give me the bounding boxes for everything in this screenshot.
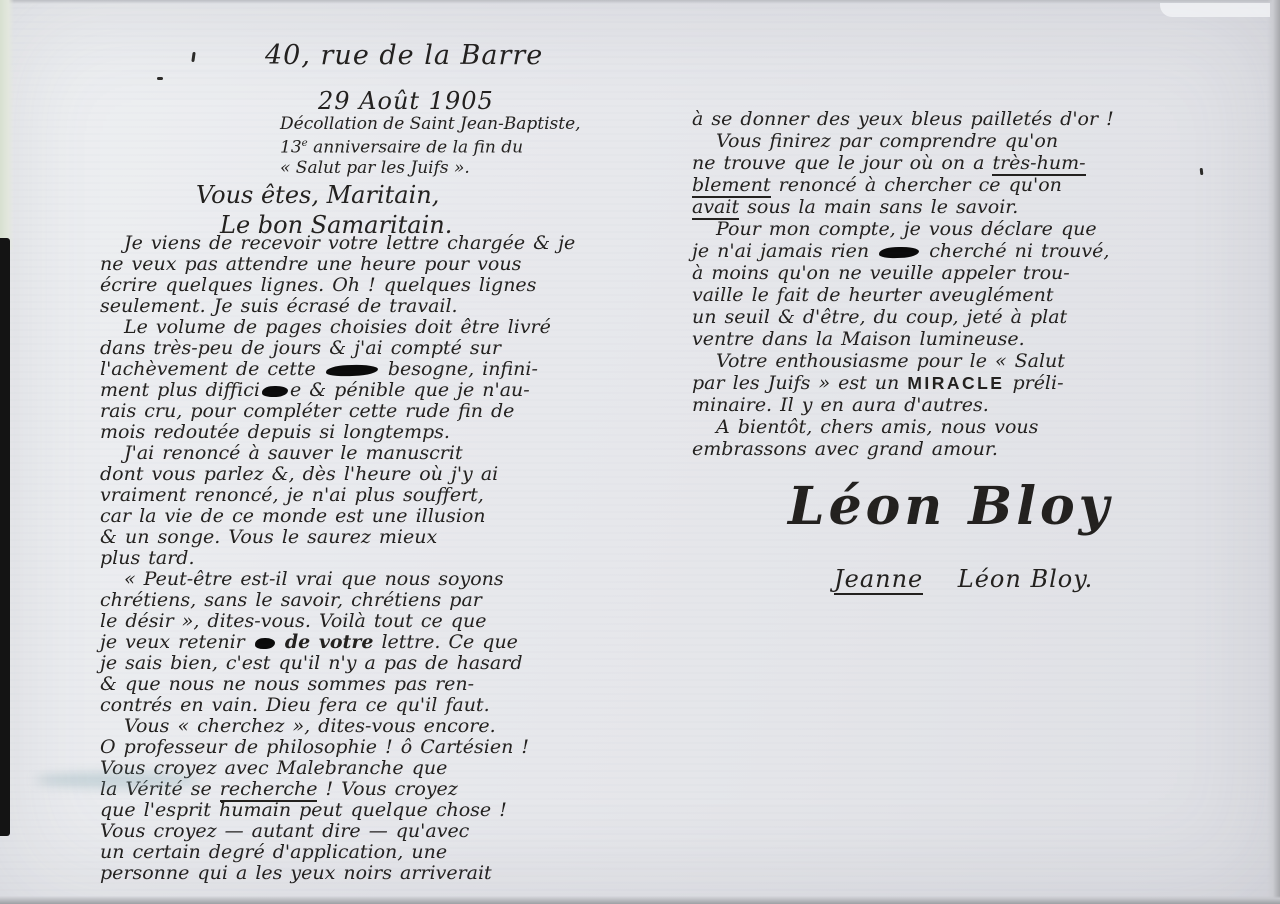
text-segment: écrire quelques lignes. Oh ! quelques li… [100,274,536,296]
right-column: à se donner des yeux bleus pailletés d'o… [692,108,1252,593]
text-segment: par les Juifs » est un [692,372,907,394]
text-segment: de votre [285,631,374,653]
letter-line: car la vie de ce monde est une illusion [100,506,575,527]
letter-line: par les Juifs » est un MIRACLE préli- [692,372,1252,394]
text-segment: chrétiens, sans le savoir, chrétiens par [100,589,482,611]
text-segment: rais cru, pour compléter cette rude fin … [100,400,514,422]
letter-line: ne veux pas attendre une heure pour vous [100,254,575,275]
text-segment: personne qui a les yeux noirs arriverait [100,862,492,884]
text-segment: contrés en vain. Dieu fera ce qu'il faut… [100,694,490,716]
text-segment: A bientôt, chers amis, nous vous [716,416,1038,438]
letter-line: je sais bien, c'est qu'il n'y a pas de h… [100,653,575,674]
letter-line: Jeanne Léon Bloy. [834,565,1252,593]
letter-line: dont vous parlez &, dès l'heure où j'y a… [100,464,575,485]
text-segment: dont vous parlez &, dès l'heure où j'y a… [100,463,498,485]
ink-blot [255,638,275,650]
letter-line: je n'ai jamais rien cherché ni trouvé, [692,240,1252,262]
text-segment: 13 [280,138,302,158]
text-segment: préli- [1004,372,1063,394]
letter-line: Pour mon compte, je vous déclare que [692,218,1252,240]
address-line: 40, rue de la Barre [265,40,543,71]
text-segment: dans très-peu de jours & j'ai compté sur [100,337,501,359]
text-segment: Vous croyez — autant dire — qu'avec [100,820,469,842]
text-segment: « Salut par les Juifs ». [280,158,470,178]
text-segment: ne veux pas attendre une heure pour vous [100,253,521,275]
text-segment: je n'ai jamais rien [692,240,877,262]
text-segment: plus tard. [100,547,195,569]
letter-line: J'ai renoncé à sauver le manuscrit [100,443,575,464]
letter-line: chrétiens, sans le savoir, chrétiens par [100,590,575,611]
letter-line: seulement. Je suis écrasé de travail. [100,296,575,317]
letter-line: A bientôt, chers amis, nous vous [692,416,1252,438]
text-segment: je veux retenir [100,631,253,653]
letter-line: contrés en vain. Dieu fera ce qu'il faut… [100,695,575,716]
text-segment: car la vie de ce monde est une illusion [100,505,486,527]
text-segment: Le volume de pages choisies doit être li… [124,316,551,338]
letter-line: ment plus difficie & pénible que je n'au… [100,380,575,401]
letter-line: vraiment renoncé, je n'ai plus souffert, [100,485,575,506]
signature-jeanne-leon-bloy: Jeanne Léon Bloy. [834,565,1252,593]
right-body-text: à se donner des yeux bleus pailletés d'o… [692,108,1252,460]
letter-line: Vous croyez — autant dire — qu'avec [100,821,575,842]
letter-line: à moins qu'on ne veuille appeler trou- [692,262,1252,284]
letter-line: l'achèvement de cette besogne, infini- [100,359,575,380]
letter-line: & que nous ne nous sommes pas ren- [100,674,575,695]
letter-line: dans très-peu de jours & j'ai compté sur [100,338,575,359]
text-segment: ne trouve que le jour où on a [692,152,992,174]
text-segment: « Peut-être est-il vrai que nous soyons [124,568,504,590]
letter-scan: 40, rue de la Barre 29 Août 1905 Décolla… [0,0,1280,904]
ink-blot [262,386,288,398]
text-segment [923,565,958,593]
letter-line: mois redoutée depuis si longtemps. [100,422,575,443]
letter-line: Votre enthousiasme pour le « Salut [692,350,1252,372]
letter-line: ne trouve que le jour où on a très-hum- [692,152,1252,174]
text-segment: Pour mon compte, je vous déclare que [716,218,1097,240]
text-segment: Jeanne [834,565,923,595]
scan-edge-bottom [0,896,1280,904]
letter-line: blement renoncé à chercher ce qu'on [692,174,1252,196]
text-segment: seulement. Je suis écrasé de travail. [100,295,458,317]
ink-speck [191,52,195,62]
text-segment: O professeur de philosophie ! ô Cartésie… [100,736,529,758]
text-segment: vraiment renoncé, je n'ai plus souffert, [100,484,484,506]
text-segment: Décollation de Saint Jean-Baptiste, [280,114,581,134]
text-segment: à moins qu'on ne veuille appeler trou- [692,262,1070,284]
text-segment: vaille le fait de heurter aveuglément [692,284,1053,306]
letter-line: « Salut par les Juifs ». [280,158,581,178]
letter-line: plus tard. [100,548,575,569]
text-segment: ! Vous croyez [317,778,457,800]
date-line: 29 Août 1905 [318,87,494,115]
text-segment: Vous « cherchez », dites-vous encore. [124,715,496,737]
letter-line: Vous « cherchez », dites-vous encore. [100,716,575,737]
salutation: Vous êtes, Maritain,Le bon Samaritain. [196,180,452,240]
text-segment: Vous êtes, Maritain, [196,181,439,209]
letter-line: Décollation de Saint Jean-Baptiste, [280,114,581,134]
left-body-text: Je viens de recevoir votre lettre chargé… [100,233,575,884]
text-segment: J'ai renoncé à sauver le manuscrit [124,442,463,464]
letter-line: minaire. Il y en aura d'autres. [692,394,1252,416]
text-segment: le désir », dites-vous. Voilà tout ce qu… [100,610,486,632]
scan-edge-top [0,0,1280,4]
text-segment: lettre. Ce que [373,631,518,653]
letter-line: je veux retenir de votre lettre. Ce que [100,632,575,653]
letter-line: 13e anniversaire de la fin du [280,134,581,158]
signature-leon-bloy: Léon Bloy [788,476,1252,537]
text-segment: très-hum- [992,152,1085,176]
date-notes: Décollation de Saint Jean-Baptiste,13e a… [280,114,581,178]
text-segment: je sais bien, c'est qu'il n'y a pas de h… [100,652,522,674]
letter-line: & un songe. Vous le saurez mieux [100,527,575,548]
text-segment: renoncé à chercher ce qu'on [771,174,1062,196]
letter-line: embrassons avec grand amour. [692,438,1252,460]
text-segment: sous la main sans le savoir. [739,196,1018,218]
text-segment: cherché ni trouvé, [921,240,1109,262]
letter-line: Le volume de pages choisies doit être li… [100,317,575,338]
letter-line: personne qui a les yeux noirs arriverait [100,863,575,884]
letter-line: le désir », dites-vous. Voilà tout ce qu… [100,611,575,632]
text-segment: Léon Bloy. [958,565,1093,593]
text-segment: Vous finirez par comprendre qu'on [716,130,1058,152]
ink-speck [1200,168,1204,175]
text-segment: un seuil & d'être, du coup, jeté à plat [692,306,1067,328]
text-segment: avait [692,196,739,220]
letter-line: Je viens de recevoir votre lettre chargé… [100,233,575,254]
letter-line: écrire quelques lignes. Oh ! quelques li… [100,275,575,296]
text-segment: embrassons avec grand amour. [692,438,998,460]
text-segment: à se donner des yeux bleus pailletés d'o… [692,108,1114,130]
scan-edge-right [1267,0,1280,904]
ink-blot [879,246,919,258]
letter-line: un certain degré d'application, une [100,842,575,863]
text-segment: que l'esprit humain peut quelque chose ! [100,799,507,821]
letter-line: « Peut-être est-il vrai que nous soyons [100,569,575,590]
text-segment: mois redoutée depuis si longtemps. [100,421,450,443]
letter-line: un seuil & d'être, du coup, jeté à plat [692,306,1252,328]
letter-line: rais cru, pour compléter cette rude fin … [100,401,575,422]
text-segment: anniversaire de la fin du [308,138,523,158]
letter-line: Vous finirez par comprendre qu'on [692,130,1252,152]
letter-line: avait sous la main sans le savoir. [692,196,1252,218]
letter-line: à se donner des yeux bleus pailletés d'o… [692,108,1252,130]
text-segment: & un songe. Vous le saurez mieux [100,526,437,548]
text-segment [277,631,285,653]
scan-edge-left-top [0,0,14,250]
text-segment: minaire. Il y en aura d'autres. [692,394,989,416]
letter-line: vaille le fait de heurter aveuglément [692,284,1252,306]
text-segment: blement [692,174,771,198]
scan-edge-left-black [0,238,10,836]
text-segment: ment plus diffici [100,379,260,401]
fold-smudge [35,772,200,788]
text-segment: l'achèvement de cette [100,358,324,380]
text-segment: & que nous ne nous sommes pas ren- [100,673,474,695]
ink-speck [157,77,163,80]
letter-line: O professeur de philosophie ! ô Cartésie… [100,737,575,758]
text-segment: un certain degré d'application, une [100,841,447,863]
ink-blot [326,364,378,377]
text-segment: e & pénible que je n'au- [290,379,530,401]
emphasized-word: MIRACLE [907,373,1004,393]
letter-line: que l'esprit humain peut quelque chose ! [100,800,575,821]
letter-line: Vous êtes, Maritain, [196,180,452,210]
letter-line: ventre dans la Maison lumineuse. [692,328,1252,350]
scan-corner-highlight [1160,3,1270,17]
text-segment: Je viens de recevoir votre lettre chargé… [124,232,575,254]
text-segment: ventre dans la Maison lumineuse. [692,328,1025,350]
text-segment: Votre enthousiasme pour le « Salut [716,350,1065,372]
text-segment: besogne, infini- [380,358,538,380]
